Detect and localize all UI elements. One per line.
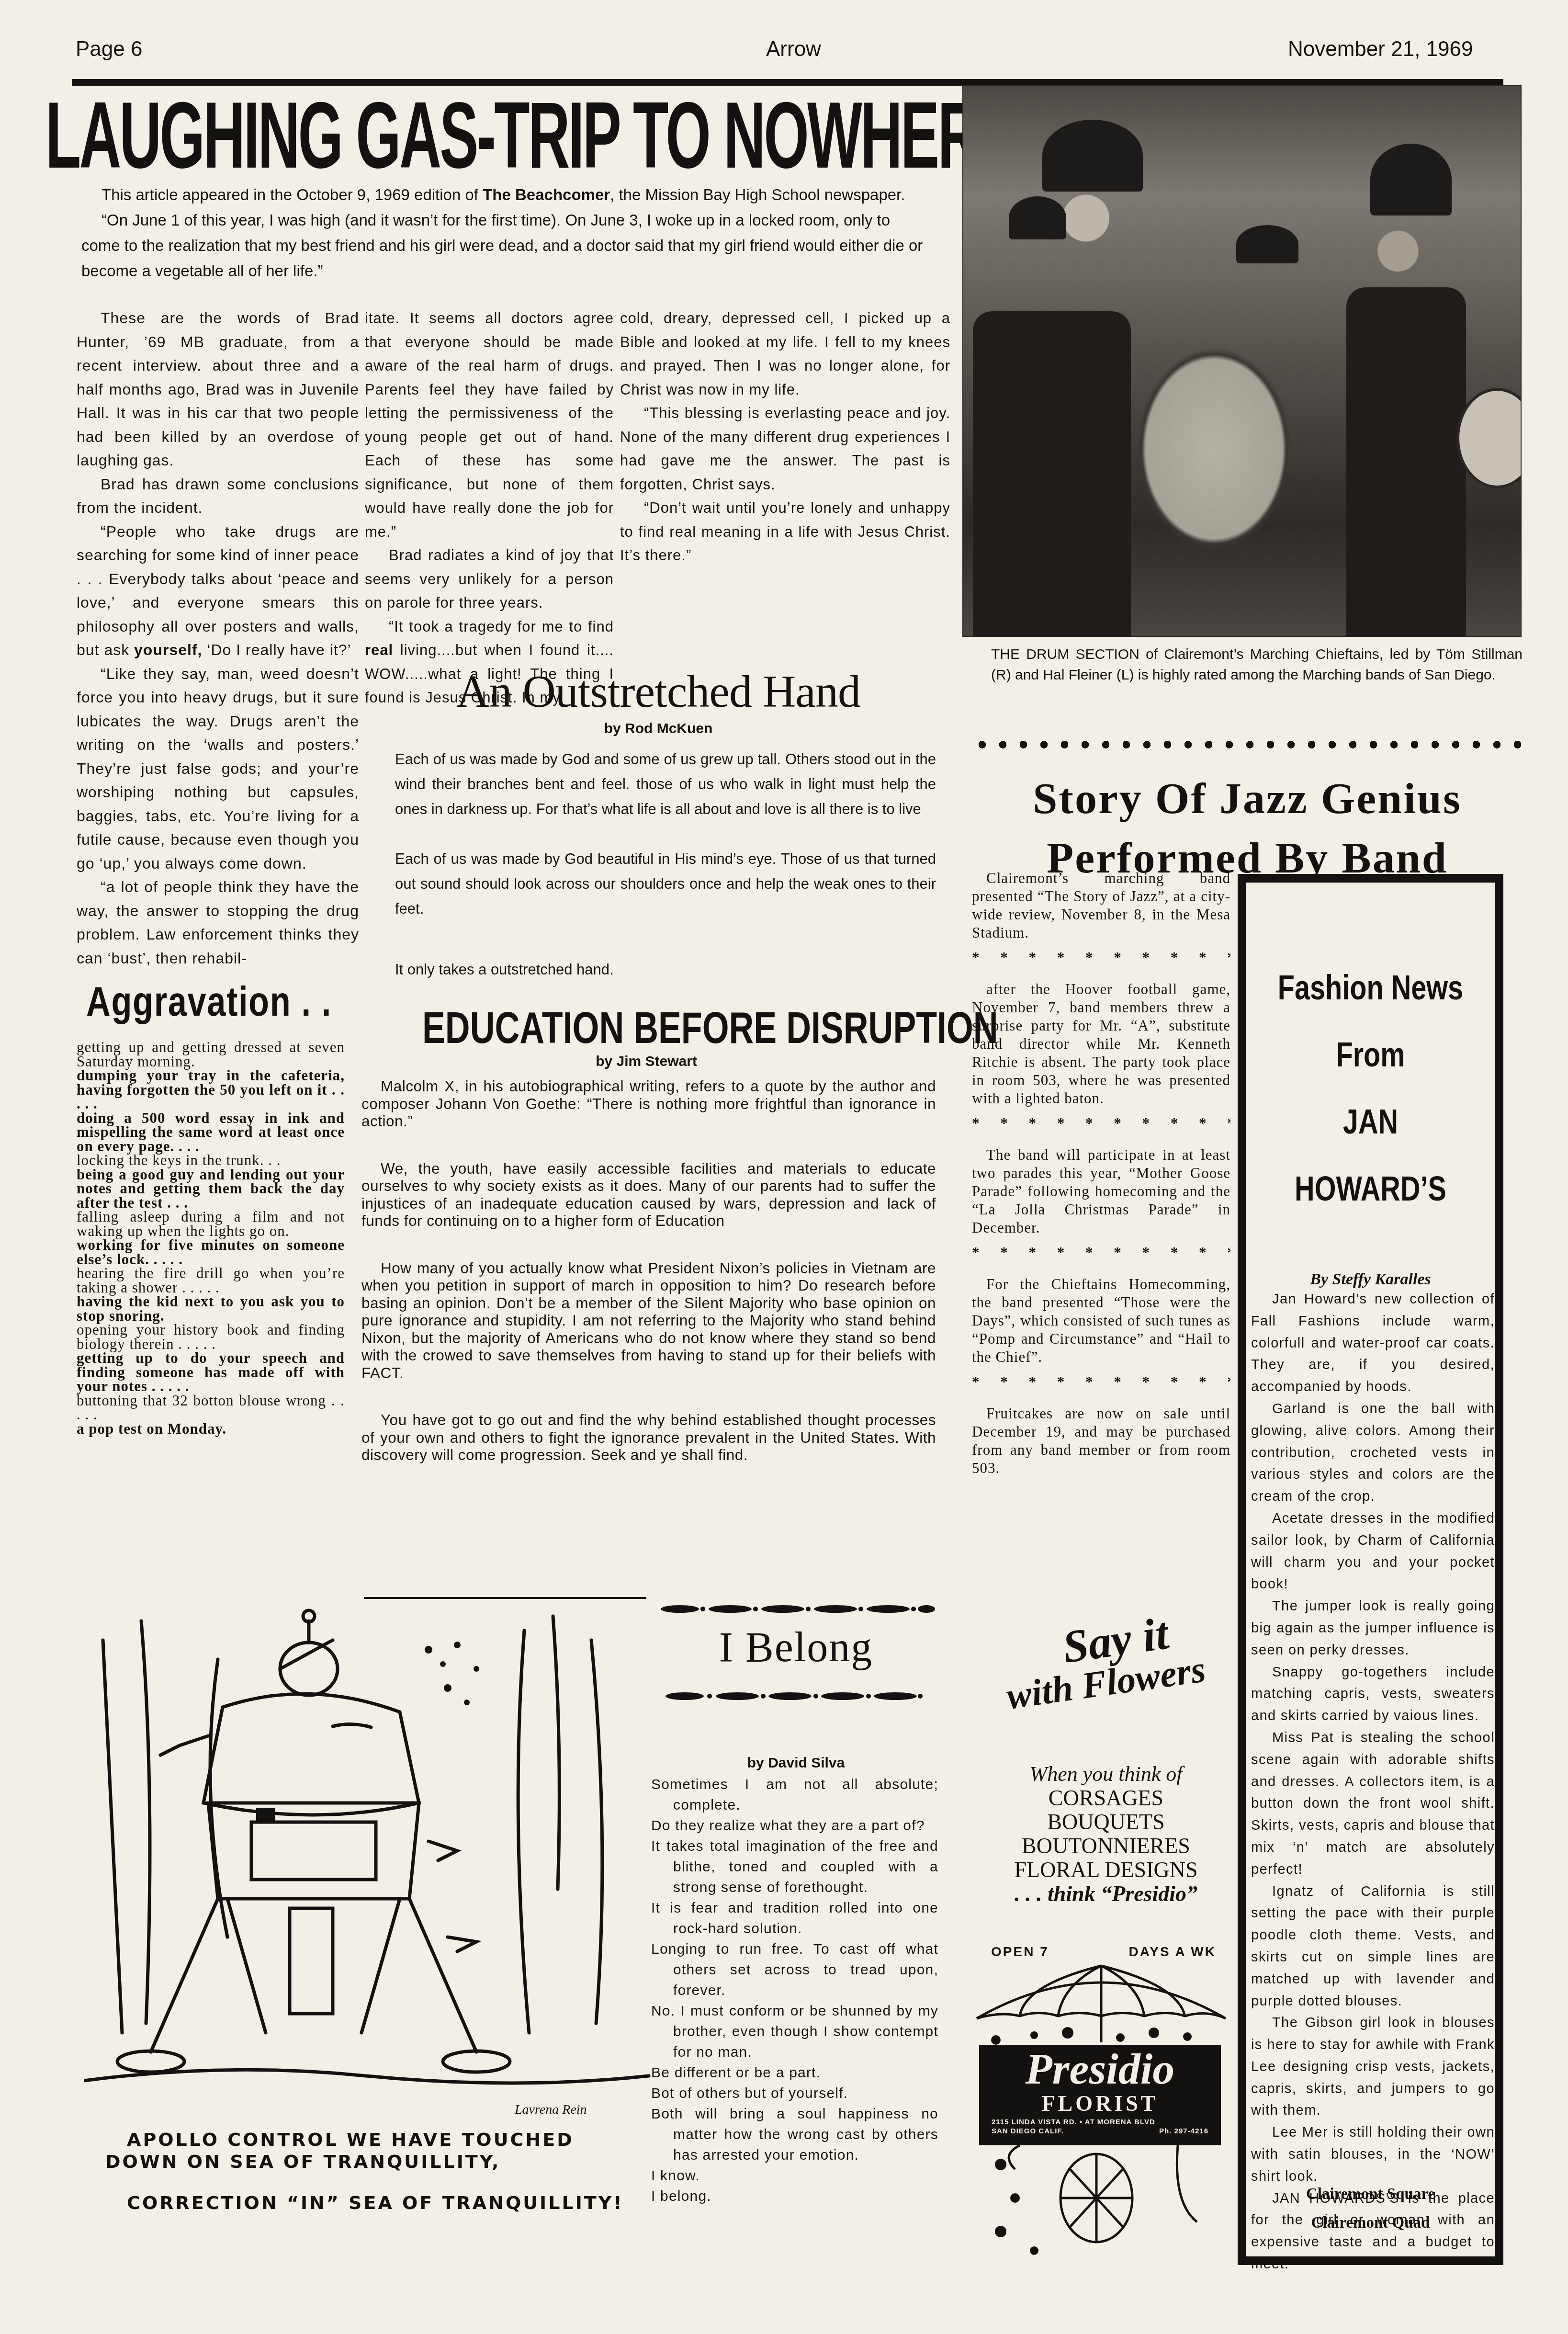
paragraph: after the Hoover football game, November…: [972, 980, 1230, 1108]
address-line: 2115 LINDA VISTA RD. • AT MORENA BLVD: [992, 2118, 1155, 2127]
poem-line: Longing to run free. To cast off what ot…: [651, 1939, 938, 2001]
service-item: FLORAL DESIGNS: [972, 1858, 1240, 1882]
paragraph: Brad radiates a kind of joy that seems v…: [365, 544, 614, 615]
star-separator: * * * * * * * * * * * * * * *: [972, 949, 1230, 967]
laughing-gas-col-1: These are the words of Brad Hunter, ’69 …: [77, 306, 359, 970]
poem-line: It is fear and tradition rolled into one…: [651, 1898, 938, 1939]
list-item: hearing the fire drill go when you’re ta…: [77, 1266, 345, 1294]
umbrella-icon: [967, 1956, 1235, 2047]
paragraph: Jan Howard’s new collection of Fall Fash…: [1251, 1289, 1495, 1398]
fashion-article: Jan Howard’s new collection of Fall Fash…: [1246, 1289, 1495, 2276]
intro-quote: “On June 1 of this year, I was high (and…: [81, 207, 929, 283]
photo-hat: [1009, 196, 1066, 239]
photo-caption: THE DRUM SECTION of Clairemont’s Marchin…: [991, 644, 1523, 685]
photo-figure: [1346, 287, 1466, 637]
paragraph: “This blessing is everlasting peace and …: [620, 401, 950, 496]
paragraph: These are the words of Brad Hunter, ’69 …: [77, 306, 359, 473]
artist-signature: Lavrena Rein: [515, 2102, 587, 2118]
list-item: dumping your tray in the cafeteria, havi…: [77, 1068, 345, 1111]
laughing-gas-headline: LAUGHING GAS-TRIP TO NOWHERE: [45, 89, 966, 189]
fashion-heading: From: [1271, 1021, 1470, 1088]
presidio-florist-sign: Presidio FLORIST 2115 LINDA VISTA RD. • …: [979, 2045, 1221, 2145]
store-location: Clairemont Square: [1246, 2180, 1495, 2209]
photo-hat: [1370, 144, 1452, 215]
photo-hat: [1042, 120, 1143, 192]
laughing-gas-col-2: itate. It seems all doctors agree that e…: [365, 306, 614, 710]
star-separator: * * * * * * * * * * * * * * *: [972, 1244, 1230, 1262]
outstretched-title: An Outstretched Hand: [378, 665, 938, 718]
laughing-gas-col-3: cold, dreary, depressed cell, I picked u…: [620, 306, 950, 567]
paragraph: “Like they say, man, weed doesn’t force …: [77, 662, 359, 876]
lunar-module-drawing-icon: [84, 1602, 651, 2129]
closing-line: It only takes a outstretched hand.: [395, 957, 936, 982]
poem-line: Bot of others but of yourself.: [651, 2083, 938, 2104]
paragraph: Acetate dresses in the modified sailor l…: [1251, 1508, 1495, 1596]
paragraph: Clairemont’s marching band presented “Th…: [972, 869, 1230, 942]
address-line: SAN DIEGO CALIF.: [992, 2127, 1155, 2136]
intro-text-end: , the Mission Bay High School newspaper.: [610, 186, 905, 204]
paragraph: The Gibson girl look in blouses is here …: [1251, 2012, 1495, 2122]
list-item: getting up and getting dressed at seven …: [77, 1040, 345, 1068]
paragraph: Ignatz of California is still setting th…: [1251, 1881, 1495, 2013]
list-item: working for five minutes on someone else…: [77, 1238, 345, 1266]
paragraph: Lee Mer is still holding their own with …: [1251, 2122, 1495, 2187]
paragraph: Malcolm X, in his autobiographical writi…: [361, 1077, 936, 1130]
education-byline: by Jim Stewart: [359, 1054, 934, 1070]
apollo-cartoon: Lavrena Rein APOLLO CONTROL WE HAVE TOUC…: [84, 1602, 651, 2287]
emphasis: real: [365, 642, 393, 658]
poem-line: I know.: [651, 2165, 938, 2186]
drum-section-photo: [962, 85, 1522, 637]
paragraph: Fruitcakes are now on sale until Decembe…: [972, 1405, 1230, 1477]
jazz-article: Clairemont’s marching band presented “Th…: [972, 869, 1230, 1477]
ad-text: When you think of: [972, 1762, 1240, 1786]
florist-label: FLORIST: [979, 2093, 1221, 2115]
emphasis: yourself,: [134, 641, 202, 658]
aggravation-title: Aggravation . .: [86, 977, 301, 1026]
paragraph: You have got to go out and find the why …: [361, 1411, 936, 1464]
intro-text: This article appeared in the October 9, …: [102, 186, 483, 204]
star-separator: * * * * * * * * * * * * * * *: [972, 1114, 1230, 1133]
education-title: EDUCATION BEFORE DISRUPTION: [422, 1003, 870, 1054]
paragraph: Snappy go-togethers include matching cap…: [1251, 1662, 1495, 1727]
paper-name: Arrow: [766, 37, 821, 61]
paragraph: “a lot of people think they have the way…: [77, 875, 359, 970]
photo-figure: [973, 311, 1131, 637]
list-item: buttoning that 32 botton blouse wrong . …: [77, 1394, 345, 1422]
paragraph-end: ‘Do I really have it?’: [202, 641, 351, 658]
florist-ad-slogan: Say it with Flowers: [972, 1621, 1240, 1703]
florist-ad-services: When you think of CORSAGES BOUQUETS BOUT…: [972, 1762, 1240, 1906]
bead-divider-icon: [656, 1603, 936, 1615]
caption-line: APOLLO CONTROL WE HAVE TOUCHED: [105, 2129, 624, 2151]
paragraph: “It took a tragedy for me to find: [389, 618, 614, 635]
poem-line: Do they realize what they are a part of?: [651, 1815, 938, 1836]
source-name: The Beachcomer: [483, 186, 610, 204]
poem-line: Be different or be a part.: [651, 2062, 938, 2083]
stanza: Each of us was made by God and some of u…: [395, 747, 936, 822]
photo-snare-drum: [1456, 388, 1522, 488]
education-article: Malcolm X, in his autobiographical writi…: [361, 1077, 936, 1494]
list-item: a pop test on Monday.: [77, 1422, 345, 1436]
dotted-divider: [972, 740, 1523, 749]
outstretched-byline: by Rod McKuen: [378, 721, 938, 737]
belong-title: I Belong: [656, 1623, 936, 1672]
education-rule: [364, 1597, 646, 1599]
poem-line: No. I must conform or be shunned by my b…: [651, 2001, 938, 2062]
paragraph: The band will participate in at least tw…: [972, 1146, 1230, 1237]
photo-hat: [1236, 225, 1298, 263]
paragraph: Miss Pat is stealing the school scene ag…: [1251, 1727, 1495, 1881]
poem-line: I belong.: [651, 2186, 938, 2207]
paragraph: Garland is one the ball with glowing, al…: [1251, 1398, 1495, 1508]
florist-address: 2115 LINDA VISTA RD. • AT MORENA BLVD SA…: [979, 2115, 1221, 2136]
bead-divider-icon: [656, 1690, 936, 1702]
paragraph: We, the youth, have easily accessible fa…: [361, 1160, 936, 1230]
outstretched-poem: Each of us was made by God and some of u…: [395, 747, 936, 982]
stanza: Each of us was made by God beautiful in …: [395, 847, 936, 921]
list-item: being a good guy and lending out your no…: [77, 1167, 345, 1210]
list-item: having the kid next to you ask you to st…: [77, 1294, 345, 1323]
paragraph: How many of you actually know what Presi…: [361, 1259, 936, 1382]
ad-text: . . . think “Presidio”: [972, 1882, 1240, 1906]
fashion-byline: By Steffy Karalles: [1246, 1270, 1495, 1289]
belong-poem: Sometimes I am not all absolute; complet…: [651, 1774, 938, 2207]
caption-line: CORRECTION “IN” SEA OF TRANQUILLITY!: [105, 2192, 624, 2214]
paragraph: cold, dreary, depressed cell, I picked u…: [620, 306, 950, 401]
caption-line: DOWN ON SEA OF TRANQUILLITY,: [105, 2151, 624, 2173]
fashion-heading: Fashion News: [1271, 954, 1470, 1021]
paragraph: For the Chieftains Homecomming, the band…: [972, 1275, 1230, 1366]
belong-byline: by David Silva: [656, 1755, 936, 1771]
issue-date: November 21, 1969: [1288, 37, 1473, 61]
paragraph: Brad has drawn some conclusions from the…: [77, 473, 359, 520]
paragraph: itate. It seems all doctors agree that e…: [365, 306, 614, 544]
page-number: Page 6: [76, 37, 142, 61]
fashion-news-box: Fashion News From JAN HOWARD’S By Steffy…: [1238, 874, 1503, 2265]
service-item: CORSAGES: [972, 1786, 1240, 1810]
store-locations: Clairemont Square Clairemont Quad: [1246, 2180, 1495, 2237]
poem-line: It takes total imagination of the free a…: [651, 1836, 938, 1898]
paragraph: “People who take drugs are searching for…: [77, 523, 359, 659]
laughing-gas-intro: This article appeared in the October 9, …: [81, 182, 929, 283]
paragraph: “Don’t wait until you’re lonely and unha…: [620, 496, 950, 567]
service-item: BOUTONNIERES: [972, 1834, 1240, 1858]
list-item: falling asleep during a film and not wak…: [77, 1210, 345, 1238]
florist-phone: Ph. 297-4216: [1159, 2127, 1208, 2136]
paragraph: The jumper look is really going big agai…: [1251, 1596, 1495, 1661]
cartoon-caption: APOLLO CONTROL WE HAVE TOUCHED DOWN ON S…: [105, 2129, 624, 2214]
poem-line: Both will bring a soul happiness no matt…: [651, 2104, 938, 2165]
list-item: doing a 500 word essay in ink and mispel…: [77, 1111, 345, 1154]
store-location: Clairemont Quad: [1246, 2209, 1495, 2237]
flower-cart-icon: [972, 2145, 1240, 2270]
poem-line: Sometimes I am not all absolute; complet…: [651, 1774, 938, 1815]
title-line: Story Of Jazz Genius: [972, 769, 1523, 828]
star-separator: * * * * * * * * * * * * * * *: [972, 1373, 1230, 1391]
florist-name: Presidio: [979, 2045, 1221, 2093]
list-item: getting up to do your speech and finding…: [77, 1351, 345, 1394]
service-item: BOUQUETS: [972, 1810, 1240, 1834]
list-item: locking the keys in the trunk. . .: [77, 1153, 345, 1167]
list-item: opening your history book and finding bi…: [77, 1323, 345, 1351]
fashion-heading: JAN HOWARD’S: [1271, 1088, 1470, 1223]
aggravation-list: getting up and getting dressed at seven …: [77, 1040, 345, 1436]
